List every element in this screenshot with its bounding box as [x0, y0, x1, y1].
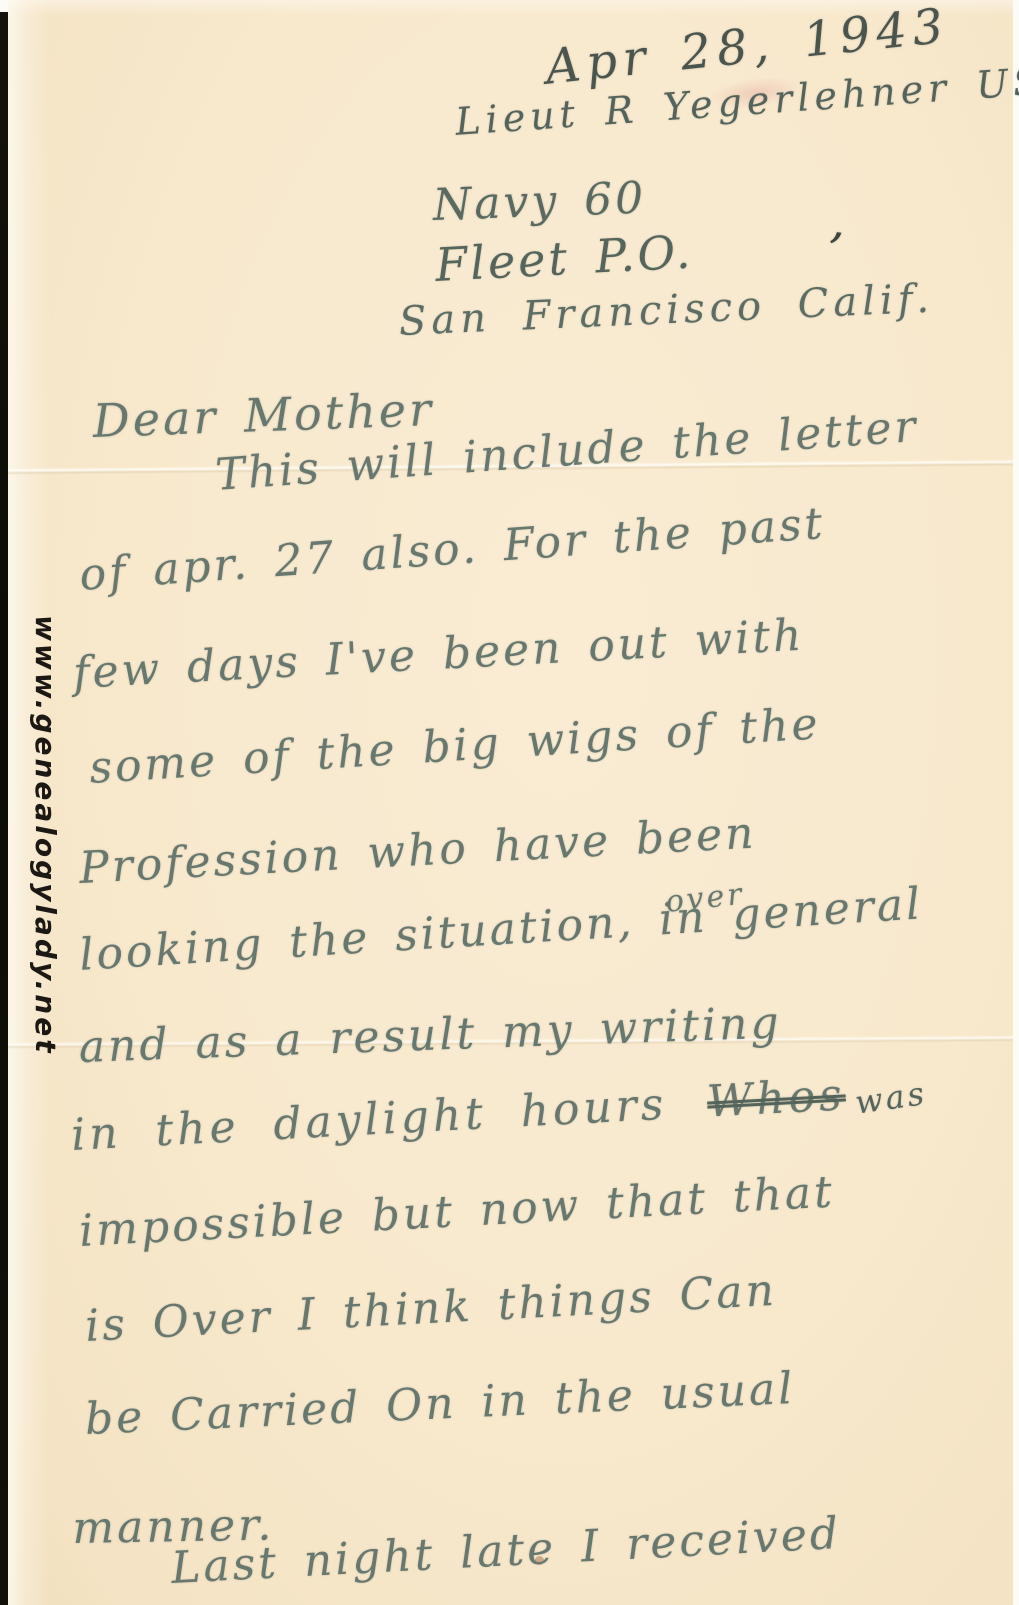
letter-line: Profession who have been: [78, 810, 758, 894]
stray-pencil-mark: ’: [823, 224, 848, 279]
address-line-navy: Navy 60: [432, 175, 647, 231]
letter-line: is Over I think things Can: [84, 1267, 778, 1352]
address-line-fleet-po: Fleet P.O.: [434, 226, 694, 290]
letter-line: some of the big wigs of the: [88, 700, 822, 793]
letter-line: of apr. 27 also. For the past: [78, 500, 827, 600]
letter-line: few days I've been out with: [72, 612, 806, 699]
letter-line: be Carried On in the usual: [84, 1365, 796, 1444]
letter-paper: www.genealogylady.net Apr 28, 1943 Lieut…: [8, 0, 1013, 1605]
letter-line: looking the situation, in general: [78, 880, 924, 980]
scanner-edge-strip: [0, 12, 8, 1605]
letter-line: and as a result my writing: [78, 999, 782, 1072]
scanned-letter: www.genealogylady.net Apr 28, 1943 Lieut…: [0, 0, 1019, 1605]
letter-line: impossible but now that that: [78, 1168, 836, 1256]
struck-out-word: Whos: [706, 1069, 847, 1127]
inserted-word-was: was: [853, 1076, 929, 1121]
letter-line: in the daylight hoursWhos: [70, 1071, 847, 1160]
letter-line-text: in the daylight hours: [70, 1079, 669, 1161]
watermark-text: www.genealogylady.net: [29, 615, 62, 1056]
